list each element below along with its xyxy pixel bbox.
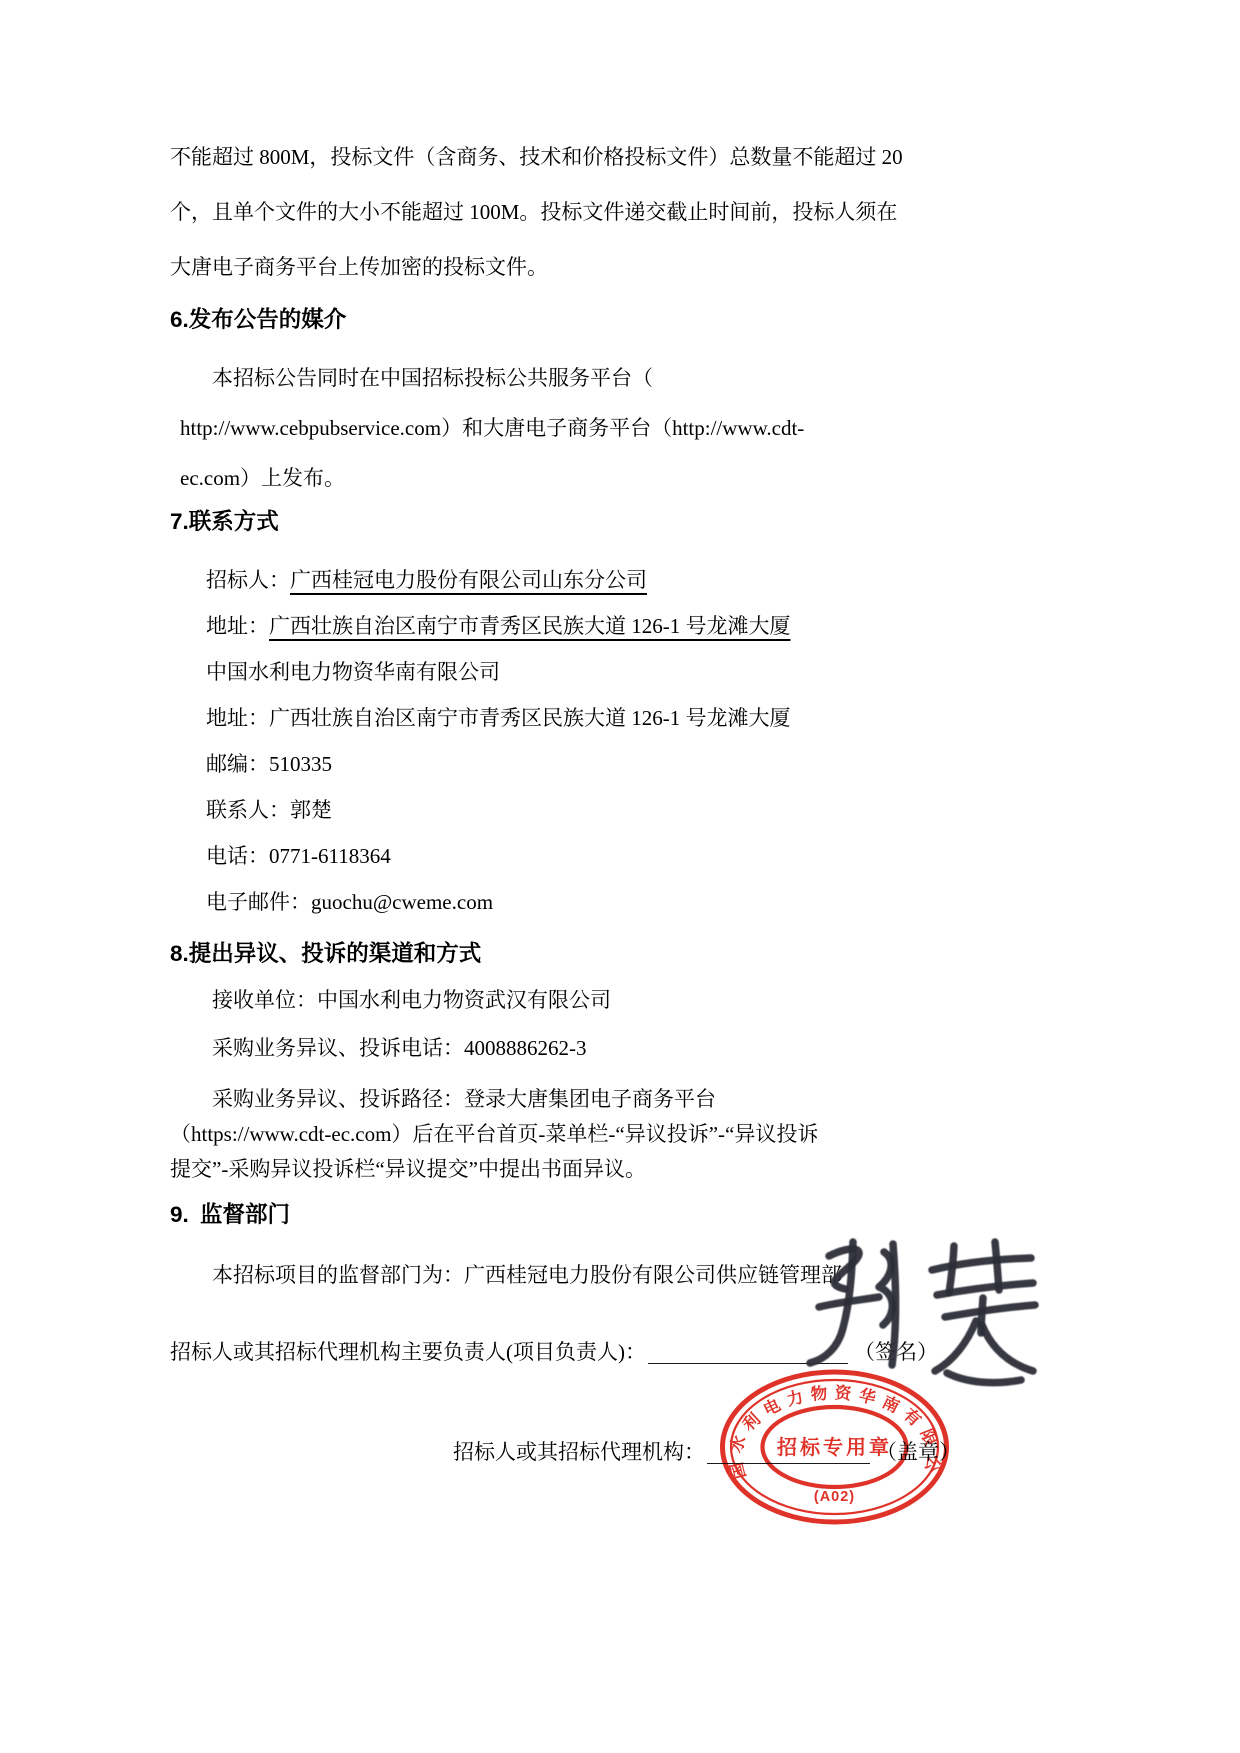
- field-label: 地址：: [206, 706, 269, 730]
- field-value: 中国水利电力物资华南有限公司: [206, 660, 500, 684]
- paragraph-line: 提交”-采购异议投诉栏“异议提交”中提出书面异议。: [170, 1152, 1080, 1187]
- stamp-blank-underline: [707, 1442, 870, 1464]
- responsible-person-sign-line: 招标人或其招标代理机构主要负责人(项目负责人)：（签名）: [170, 1329, 1080, 1375]
- sign-line-suffix: （签名）: [854, 1340, 938, 1364]
- field-label: 邮编：: [206, 752, 269, 776]
- paragraph-line: 采购业务异议、投诉路径：登录大唐集团电子商务平台: [170, 1082, 1080, 1117]
- contact-row-agency: 中国水利电力物资华南有限公司: [170, 649, 1080, 695]
- paragraph-receiving-unit: 接收单位：中国水利电力物资武汉有限公司: [170, 977, 1080, 1023]
- field-value: 510335: [269, 752, 332, 776]
- paragraph-line: 本招标公告同时在中国招标投标公共服务平台（: [170, 353, 1080, 403]
- paragraph-line-url: ec.com）上发布。: [170, 453, 1080, 503]
- field-value: 0771-6118364: [269, 844, 391, 868]
- stamp-line-suffix: （盖章）: [876, 1440, 960, 1464]
- field-label: 电子邮件：: [206, 890, 311, 914]
- paragraph-line-url: http://www.cebpubservice.com）和大唐电子商务平台（h…: [170, 403, 1080, 453]
- field-value: 郭楚: [290, 798, 332, 822]
- contact-row-address: 地址：广西壮族自治区南宁市青秀区民族大道 126-1 号龙滩大厦: [170, 603, 1080, 649]
- field-value: 广西桂冠电力股份有限公司山东分公司: [290, 568, 647, 592]
- paragraph-complaint-path: 采购业务异议、投诉路径：登录大唐集团电子商务平台 （https://www.cd…: [170, 1082, 1080, 1187]
- field-label: 电话：: [206, 844, 269, 868]
- section-heading-supervision: 9. 监督部门: [170, 1200, 1080, 1230]
- paragraph-line-url: （https://www.cdt-ec.com）后在平台首页-菜单栏-“异议投诉…: [170, 1117, 1080, 1152]
- paragraph-supervision-dept: 本招标项目的监督部门为：广西桂冠电力股份有限公司供应链管理部: [170, 1252, 1080, 1298]
- field-label: 地址：: [206, 614, 269, 638]
- field-label: 联系人：: [206, 798, 290, 822]
- stamp-line-label: 招标人或其招标代理机构：: [453, 1440, 705, 1464]
- section-heading-objection: 8.提出异议、投诉的渠道和方式: [170, 939, 1080, 969]
- paragraph-announcement-media: 本招标公告同时在中国招标投标公共服务平台（ http://www.cebpubs…: [170, 353, 1080, 503]
- field-value: guochu@cweme.com: [311, 890, 493, 914]
- section-heading-contact: 7.联系方式: [170, 507, 1080, 537]
- document-page: 不能超过 800M，投标文件（含商务、技术和价格投标文件）总数量不能超过 20 …: [0, 0, 1240, 1753]
- paragraph-line: 大唐电子商务平台上传加密的投标文件。: [170, 240, 1080, 295]
- contact-row-phone: 电话：0771-6118364: [170, 833, 1080, 879]
- seal-code-text: (A02): [814, 1489, 855, 1505]
- contact-row-postcode: 邮编：510335: [170, 741, 1080, 787]
- agency-stamp-line: 招标人或其招标代理机构：（盖章）: [453, 1429, 1080, 1475]
- contact-row-address: 地址：广西壮族自治区南宁市青秀区民族大道 126-1 号龙滩大厦: [170, 695, 1080, 741]
- paragraph-line: 不能超过 800M，投标文件（含商务、技术和价格投标文件）总数量不能超过 20: [170, 130, 1080, 185]
- field-value: 广西壮族自治区南宁市青秀区民族大道 126-1 号龙滩大厦: [269, 706, 791, 730]
- contact-row-person: 联系人：郭楚: [170, 787, 1080, 833]
- field-value: 广西壮族自治区南宁市青秀区民族大道 126-1 号龙滩大厦: [269, 614, 791, 638]
- signature-blank-underline: [648, 1342, 848, 1364]
- paragraph-complaint-phone: 采购业务异议、投诉电话：4008886262-3: [170, 1025, 1080, 1071]
- sign-line-label: 招标人或其招标代理机构主要负责人(项目负责人)：: [170, 1340, 646, 1364]
- field-label: 招标人：: [206, 568, 290, 592]
- paragraph-upload-limits: 不能超过 800M，投标文件（含商务、技术和价格投标文件）总数量不能超过 20 …: [170, 130, 1080, 295]
- section-heading-media: 6.发布公告的媒介: [170, 305, 1080, 335]
- contact-row-email: 电子邮件：guochu@cweme.com: [170, 879, 1080, 925]
- contact-info-list: 招标人：广西桂冠电力股份有限公司山东分公司 地址：广西壮族自治区南宁市青秀区民族…: [170, 557, 1080, 925]
- contact-row-tenderer: 招标人：广西桂冠电力股份有限公司山东分公司: [170, 557, 1080, 603]
- paragraph-line: 个，且单个文件的大小不能超过 100M。投标文件递交截止时间前，投标人须在: [170, 185, 1080, 240]
